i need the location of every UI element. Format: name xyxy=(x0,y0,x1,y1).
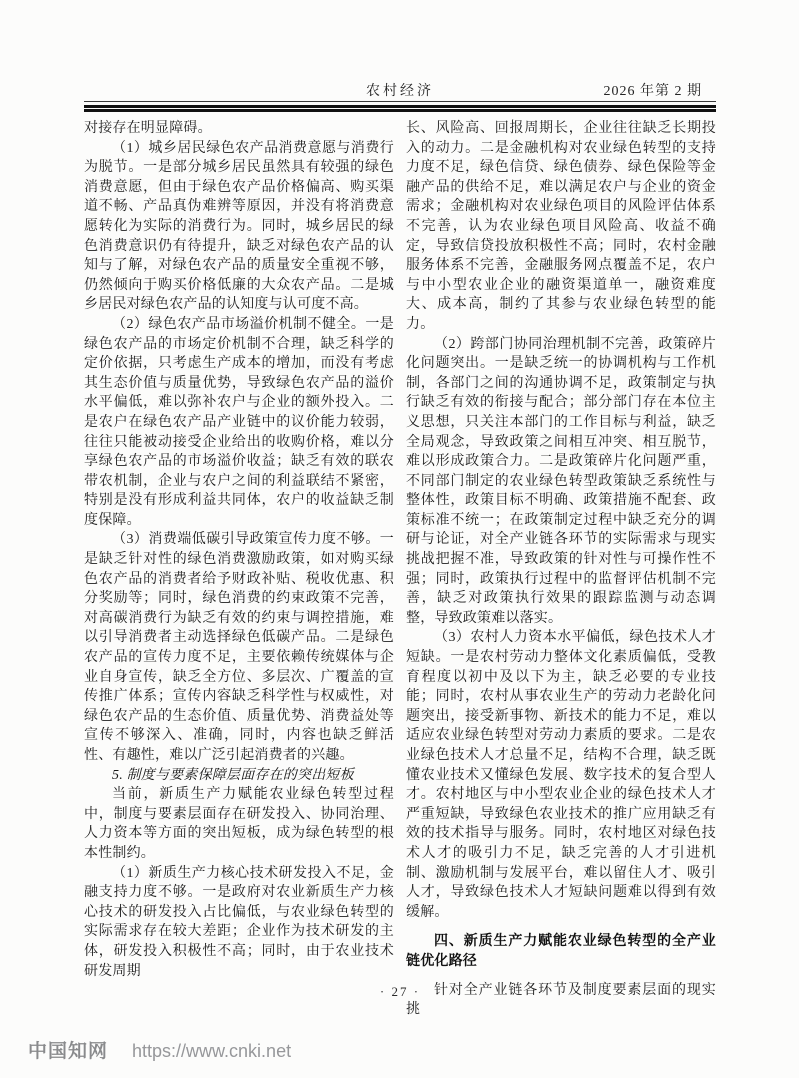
paragraph: （2）绿色农产品市场溢价机制不健全。一是绿色农产品的市场定价机制不合理，缺乏科学… xyxy=(84,315,394,531)
paragraph: 长、风险高、回报周期长，企业往往缺乏长期投入的动力。二是金融机构对农业绿色转型的… xyxy=(406,119,716,335)
paragraph: （2）跨部门协同治理机制不完善，政策碎片化问题突出。一是缺乏统一的协调机构与工作… xyxy=(406,335,716,629)
header-rule-thick-bottom xyxy=(84,109,716,112)
header-rule-thin xyxy=(84,101,716,102)
section-heading: 5. 制度与要素保障层面存在的突出短板 xyxy=(84,766,394,786)
paragraph: （3）农村人力资本水平偏低，绿色技术人才短缺。一是农村劳动力整体文化素质偏低，受… xyxy=(406,628,716,922)
paragraph: 对接存在明显障碍。 xyxy=(84,119,394,139)
right-column: 长、风险高、回报周期长，企业往往缺乏长期投入的动力。二是金融机构对农业绿色转型的… xyxy=(406,119,716,1020)
section-heading: 四、新质生产力赋能农业绿色转型的全产业链优化路径 xyxy=(406,932,716,971)
cnki-watermark: 中国知网 https://www.cnki.net xyxy=(28,1036,291,1063)
paragraph: （1）城乡居民绿色农产品消费意愿与消费行为脱节。一是部分城乡居民虽然具有较强的绿… xyxy=(84,139,394,315)
paragraph: 当前，新质生产力赋能农业绿色转型过程中，制度与要素层面存在研发投入、协同治理、人… xyxy=(84,785,394,863)
page-number: · 27 · xyxy=(84,984,716,1000)
journal-page: 农村经济 2026 年第 2 期 对接存在明显障碍。（1）城乡居民绿色农产品消费… xyxy=(0,0,799,1078)
paragraph: （1）新质生产力核心技术研发投入不足，金融支持力度不够。一是政府对农业新质生产力… xyxy=(84,864,394,982)
left-column: 对接存在明显障碍。（1）城乡居民绿色农产品消费意愿与消费行为脱节。一是部分城乡居… xyxy=(84,119,394,1020)
paragraph: （3）消费端低碳引导政策宣传力度不够。一是缺乏针对性的绿色消费激励政策，如对购买… xyxy=(84,530,394,765)
article-body: 对接存在明显障碍。（1）城乡居民绿色农产品消费意愿与消费行为脱节。一是部分城乡居… xyxy=(84,119,716,1020)
running-head: 农村经济 2026 年第 2 期 xyxy=(84,84,716,100)
issue-label: 2026 年第 2 期 xyxy=(604,84,703,100)
cnki-logo-text: 中国知网 xyxy=(28,1036,108,1063)
header-rule-thick-top xyxy=(84,105,716,108)
cnki-url: https://www.cnki.net xyxy=(132,1041,291,1062)
